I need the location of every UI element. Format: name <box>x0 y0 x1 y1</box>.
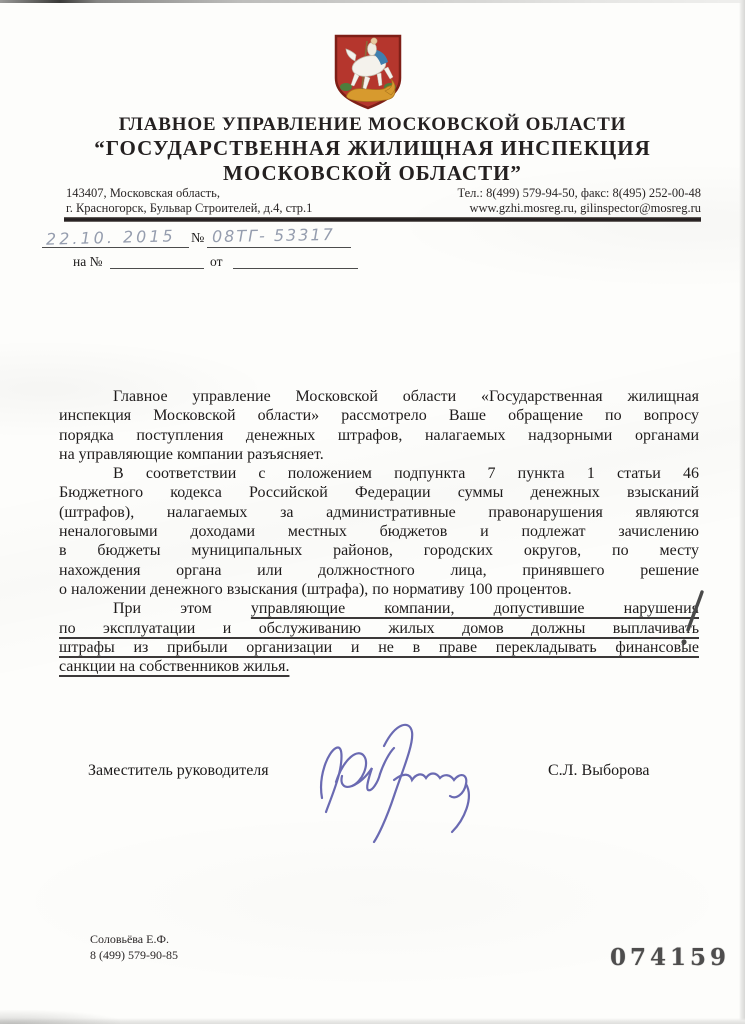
paragraph-budget-code: В соответствии с положением подпункта 7 … <box>59 464 699 599</box>
handwritten-outgoing-number: 08ТГ- 53317 <box>212 225 335 246</box>
body-line: инспекция Московской области» рассмотрел… <box>59 406 699 425</box>
org-address-line1: 143407, Московская область, <box>66 186 312 201</box>
number-underline <box>207 246 351 248</box>
body-line: (штрафов), налагаемых за административны… <box>59 503 699 522</box>
number-sign-label: № <box>191 231 204 247</box>
org-name-line2: “ГОСУДАРСТВЕННАЯ ЖИЛИЩНАЯ ИНСПЕКЦИЯ <box>0 136 745 161</box>
signer-position-title: Заместитель руководителя <box>88 762 269 780</box>
body-line: неналоговыми доходами местных бюджетов и… <box>59 522 699 541</box>
executor-name: Соловьёва Е.Ф. <box>90 931 178 947</box>
body-line: штрафы из прибыли организации и не в пра… <box>59 638 699 657</box>
paragraph-conclusion-underlined: При этом управляющие компании, допустивш… <box>59 599 699 676</box>
scan-shadow-bottom-left <box>0 1010 120 1024</box>
date-underline <box>42 246 189 248</box>
executor-block: Соловьёва Е.Ф. 8 (499) 579-90-85 <box>90 931 178 963</box>
body-line: Бюджетного кодекса Российской Федерации … <box>59 483 699 502</box>
reply-to-number-label: на № <box>73 254 102 270</box>
body-line: В соответствии с положением подпункта 7 … <box>59 464 699 483</box>
org-name-line3: МОСКОВСКОЙ ОБЛАСТИ” <box>0 161 745 186</box>
org-name-line1: ГЛАВНОЕ УПРАВЛЕНИЕ МОСКОВСКОЙ ОБЛАСТИ <box>0 114 745 136</box>
org-web-email: www.gzhi.mosreg.ru, gilinspector@mosreg.… <box>457 201 701 216</box>
body-line: на управляющие компании разъясняет. <box>59 445 699 464</box>
paragraph-intro: Главное управление Московской области «Г… <box>59 387 699 464</box>
handwritten-exclamation-mark <box>676 588 708 654</box>
reply-from-label: от <box>210 254 222 270</box>
registration-stamp-number: 074159 <box>610 944 730 971</box>
body-line: по эксплуатации и обслуживанию жилых дом… <box>59 619 699 638</box>
body-line: Главное управление Московской области «Г… <box>59 387 699 406</box>
executor-phone: 8 (499) 579-90-85 <box>90 947 178 963</box>
body-line: в бюджеты муниципальных районов, городск… <box>59 541 699 560</box>
body-line: нахождения органа или должностного лица,… <box>59 561 699 580</box>
letter-body: Главное управление Московской области «Г… <box>59 387 699 676</box>
org-contact-block: Тел.: 8(499) 579-94-50, факс: 8(495) 252… <box>457 186 701 216</box>
header-separator-rule <box>64 217 701 222</box>
reply-date-blank-line <box>233 267 358 269</box>
body-line: При этом управляющие компании, допустивш… <box>59 599 699 618</box>
moscow-region-coat-of-arms-icon <box>331 33 405 111</box>
org-address-line2: г. Красногорск, Бульвар Строителей, д.4,… <box>66 201 312 216</box>
org-phone-fax: Тел.: 8(499) 579-94-50, факс: 8(495) 252… <box>457 186 701 201</box>
body-line: порядка поступления денежных штрафов, на… <box>59 426 699 445</box>
body-line: санкции на собственников жилья. <box>59 657 699 676</box>
org-address-block: 143407, Московская область, г. Красногор… <box>66 186 312 216</box>
reply-number-blank-line <box>110 267 204 269</box>
scanned-letter-page: ГЛАВНОЕ УПРАВЛЕНИЕ МОСКОВСКОЙ ОБЛАСТИ “Г… <box>0 0 745 1024</box>
scan-edge-top <box>0 0 745 3</box>
handwritten-signature <box>312 718 508 852</box>
body-line: о наложении денежного взыскания (штрафа)… <box>59 580 699 599</box>
signer-name: С.Л. Выборова <box>548 762 650 780</box>
